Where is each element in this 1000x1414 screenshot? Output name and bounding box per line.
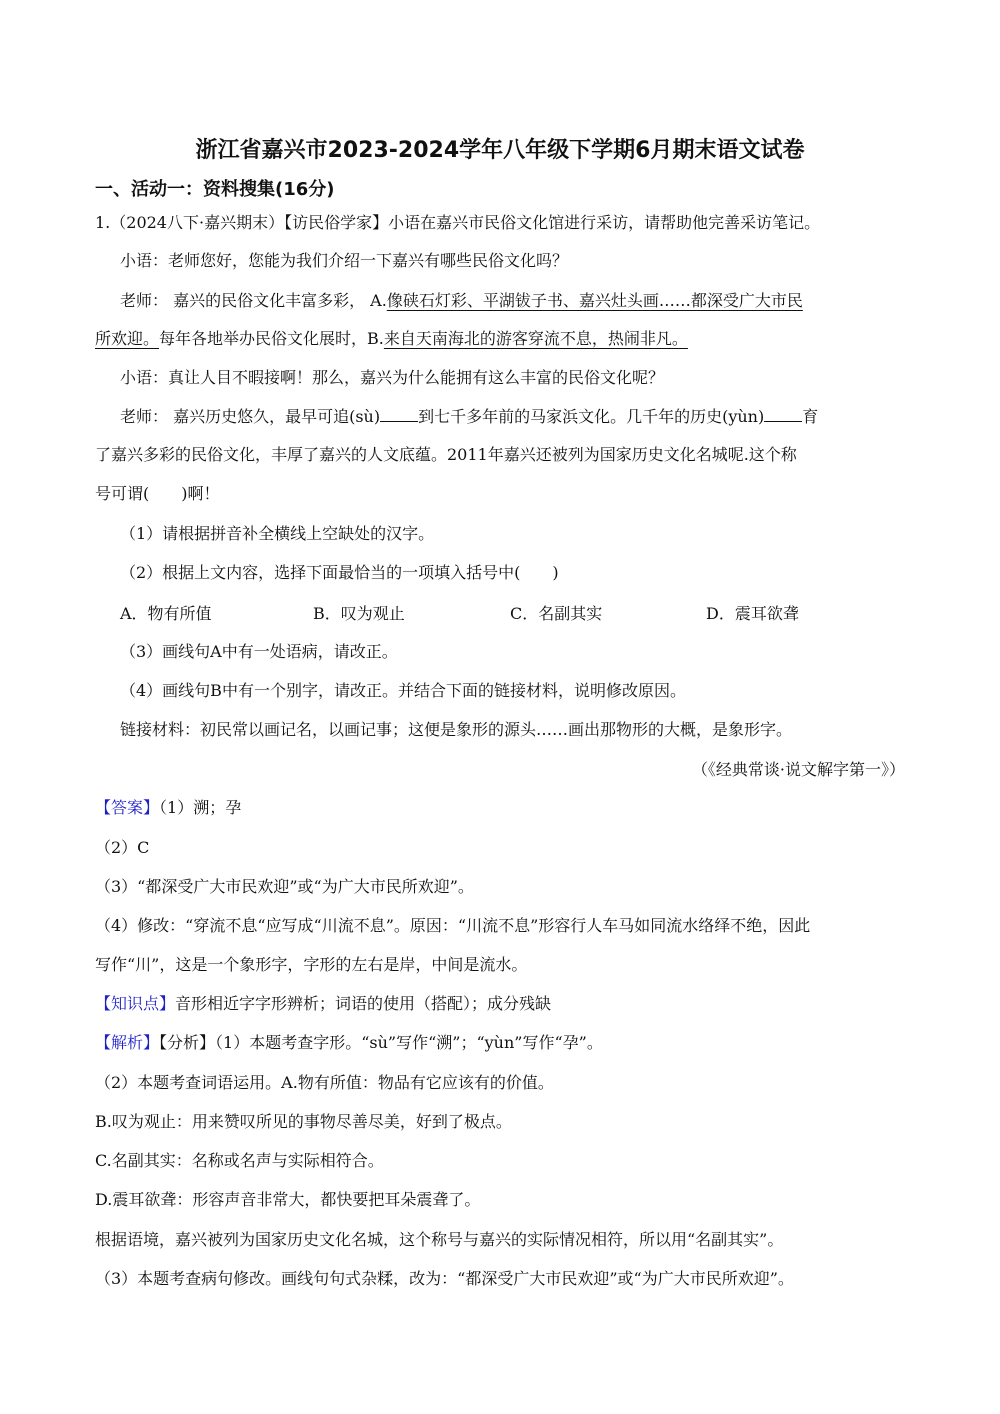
knowledge-label: 【知识点】 xyxy=(95,994,175,1013)
analysis-label: 【解析】 xyxy=(95,1033,159,1052)
option-c: C．名副其实 xyxy=(510,601,602,624)
analysis-line-2: （2）本题考查词语运用。A.物有所值：物品有它应该有的价值。 xyxy=(95,1072,554,1094)
link-material: 链接材料：初民常以画记名，以画记事；这便是象形的源头……画出那物形的大概，是象形… xyxy=(120,719,792,741)
analysis-sub-label: 【分析】 xyxy=(159,1033,215,1052)
analysis-line-4: C.名副其实：名称或名声与实际相符合。 xyxy=(95,1150,384,1172)
analysis-line-3: B.叹为观止：用来赞叹所见的事物尽善尽美，好到了极点。 xyxy=(95,1111,512,1133)
underlined-sentence-a-end: 所欢迎。 xyxy=(95,329,159,348)
underlined-sentence-b: 来自天南海北的游客穿流不息，热闹非凡。 xyxy=(384,329,688,348)
answer-line-3: （3）“都深受广大市民欢迎”或“为广大市民所欢迎”。 xyxy=(95,876,474,898)
question-header: 1.（2024八下·嘉兴期末）【访民俗学家】小语在嘉兴市民俗文化馆进行采访，请帮… xyxy=(95,212,820,234)
blank-yun[interactable] xyxy=(764,407,802,422)
section-heading: 一、活动一：资料搜集(16分) xyxy=(95,175,335,201)
analysis-line-7: （3）本题考查病句修改。画线句句式杂糅，改为：“都深受广大市民欢迎”或“为广大市… xyxy=(95,1268,794,1290)
analysis-line-1: 【解析】【分析】（1）本题考查字形。“sù”写作“溯”；“yùn”写作“孕”。 xyxy=(95,1032,603,1054)
sub-question-3: （3）画线句A中有一处语病，请改正。 xyxy=(120,641,398,663)
sub-question-1: （1）请根据拼音补全横线上空缺处的汉字。 xyxy=(120,523,434,545)
option-d: D．震耳欲聋 xyxy=(706,601,799,624)
dialogue-line-5: 老师： 嘉兴历史悠久，最早可追(sù)到七千多年前的马家浜文化。几千年的历史(y… xyxy=(120,406,818,428)
link-source: （《经典常谈·说文解字第一》） xyxy=(692,759,905,781)
dialogue-line-1: 小语：老师您好，您能为我们介绍一下嘉兴有哪些民俗文化吗？ xyxy=(120,250,568,272)
answer-label: 【答案】 xyxy=(95,798,159,817)
dialogue-line-6: 了嘉兴多彩的民俗文化，丰厚了嘉兴的人文底蕴。2011年嘉兴还被列为国家历史文化名… xyxy=(95,444,797,466)
question-number: 1. xyxy=(95,213,110,232)
sub-question-4: （4）画线句B中有一个别字，请改正。并结合下面的链接材料，说明修改原因。 xyxy=(120,680,686,702)
dialogue-line-2: 老师： 嘉兴的民俗文化丰富多彩， A.像硖石灯彩、平湖钹子书、嘉兴灶头画……都深… xyxy=(120,290,803,312)
sub-question-2: （2）根据上文内容，选择下面最恰当的一项填入括号中( ) xyxy=(120,562,559,584)
answer-line-2: （2）C xyxy=(95,837,149,859)
underlined-sentence-a: 像硖石灯彩、平湖钹子书、嘉兴灶头画……都深受广大市民 xyxy=(387,291,803,310)
question-source: （2024八下·嘉兴期末） xyxy=(110,213,284,232)
page-title: 浙江省嘉兴市2023-2024学年八年级下学期6月期末语文试卷 xyxy=(0,133,1000,164)
question-intro: 小语在嘉兴市民俗文化馆进行采访，请帮助他完善采访笔记。 xyxy=(388,213,820,232)
dialogue-line-4: 小语：真让人目不暇接啊！那么，嘉兴为什么能拥有这么丰富的民俗文化呢？ xyxy=(120,367,664,389)
option-b: B．叹为观止 xyxy=(313,601,405,624)
analysis-line-5: D.震耳欲聋：形容声音非常大，都快要把耳朵震聋了。 xyxy=(95,1189,480,1211)
dialogue-line-3: 所欢迎。每年各地举办民俗文化展时，B.来自天南海北的游客穿流不息，热闹非凡。 xyxy=(95,328,688,350)
option-a: A．物有所值 xyxy=(120,601,212,624)
answer-line-5: 写作“川”，这是一个象形字，字形的左右是岸，中间是流水。 xyxy=(95,954,527,976)
blank-su[interactable] xyxy=(380,407,418,422)
dialogue-line-7: 号可谓( )啊！ xyxy=(95,483,220,505)
answer-line-1: 【答案】（1）溯；孕 xyxy=(95,797,241,819)
question-tag: 【访民俗学家】 xyxy=(284,213,388,232)
answer-line-4: （4）修改：“穿流不息“应写成“川流不息”。原因：“川流不息”形容行人车马如同流… xyxy=(95,915,810,937)
exam-page: 浙江省嘉兴市2023-2024学年八年级下学期6月期末语文试卷 一、活动一：资料… xyxy=(0,0,1000,1414)
analysis-line-6: 根据语境，嘉兴被列为国家历史文化名城，这个称号与嘉兴的实际情况相符，所以用“名副… xyxy=(95,1229,783,1251)
knowledge-points: 【知识点】音形相近字字形辨析；词语的使用（搭配）；成分残缺 xyxy=(95,993,551,1015)
